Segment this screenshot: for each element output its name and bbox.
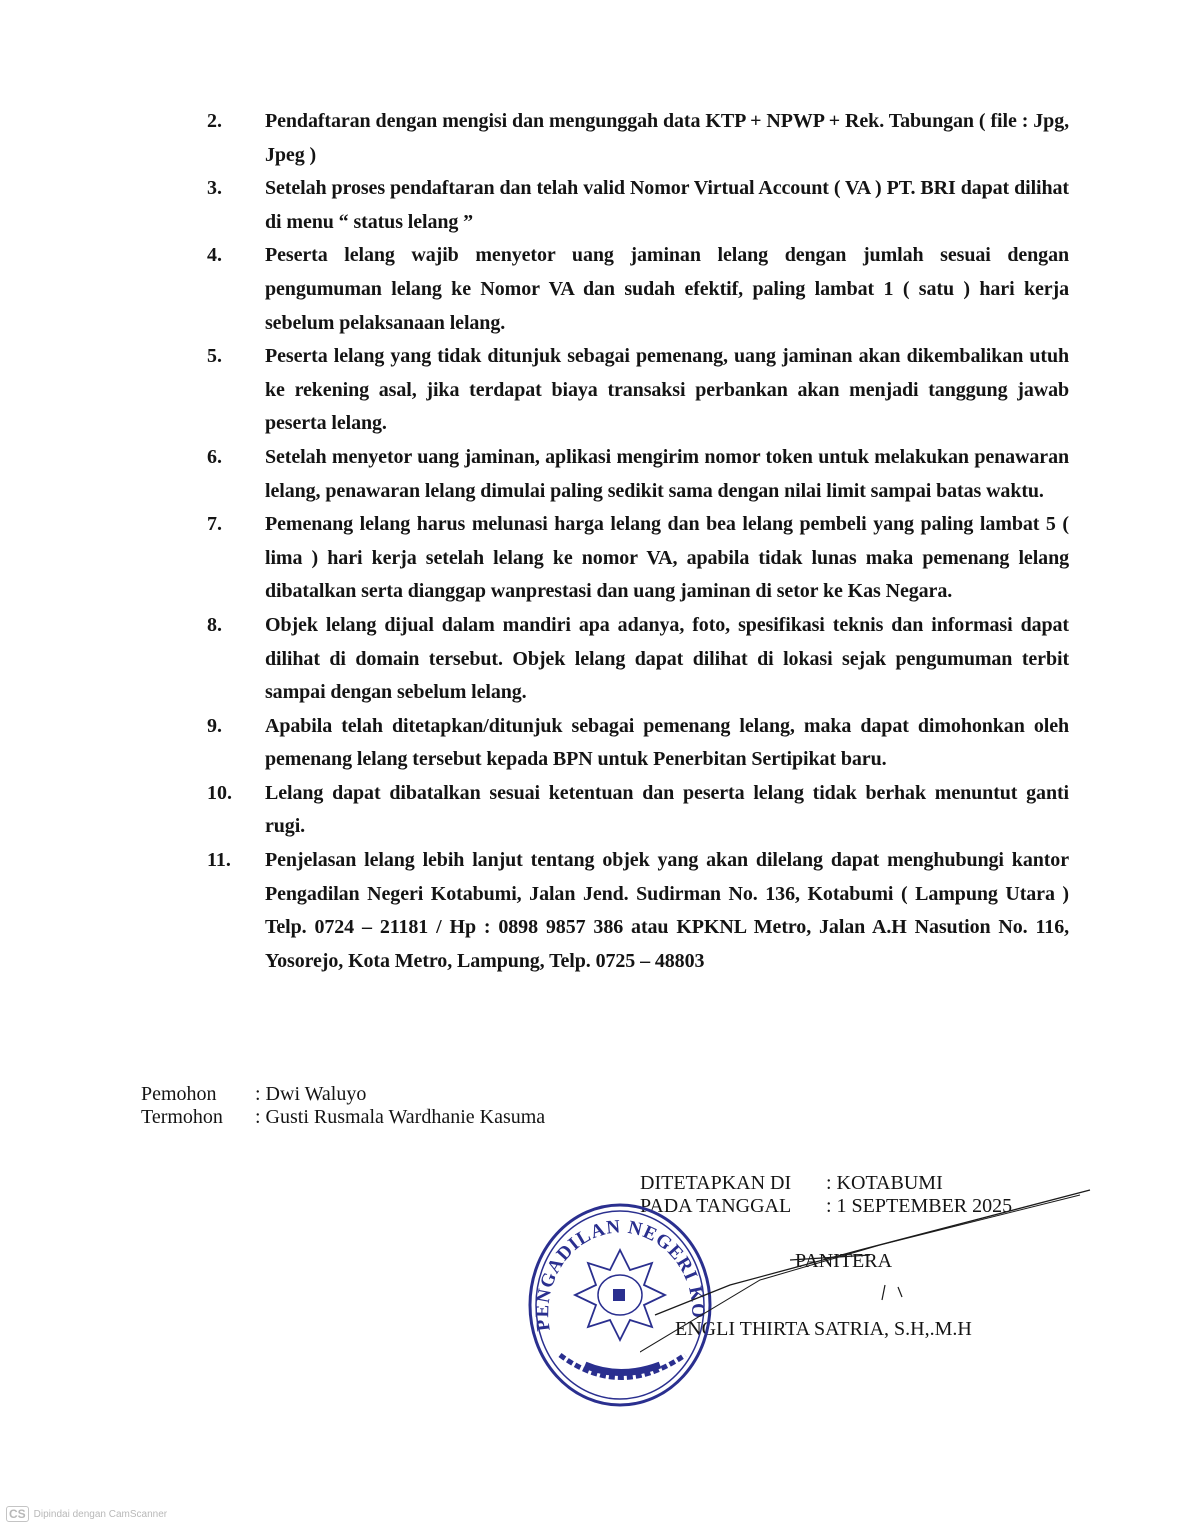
item-text: Penjelasan lelang lebih lanjut tentang o… (265, 844, 1069, 978)
termohon-label: Termohon (141, 1106, 255, 1129)
item-number: 7. (207, 508, 265, 609)
item-text: Pemenang lelang harus melunasi harga lel… (265, 508, 1069, 609)
signature-icon (640, 1180, 1100, 1380)
item-number: 9. (207, 710, 265, 777)
list-item: 3.Setelah proses pendaftaran dan telah v… (207, 172, 1069, 239)
pemohon-label: Pemohon (141, 1083, 255, 1106)
item-text: Peserta lelang wajib menyetor uang jamin… (265, 239, 1069, 340)
item-number: 2. (207, 105, 265, 172)
item-text: Apabila telah ditetapkan/ditunjuk sebaga… (265, 710, 1069, 777)
item-number: 5. (207, 340, 265, 441)
item-text: Objek lelang dijual dalam mandiri apa ad… (265, 609, 1069, 710)
item-number: 4. (207, 239, 265, 340)
list-item: 4.Peserta lelang wajib menyetor uang jam… (207, 239, 1069, 340)
footer-text: Dipindai dengan CamScanner (34, 1509, 167, 1520)
item-text: Setelah menyetor uang jaminan, aplikasi … (265, 441, 1069, 508)
terms-list: 2.Pendaftaran dengan mengisi dan mengung… (207, 105, 1069, 978)
item-number: 3. (207, 172, 265, 239)
list-item: 8.Objek lelang dijual dalam mandiri apa … (207, 609, 1069, 710)
list-item: 5.Peserta lelang yang tidak ditunjuk seb… (207, 340, 1069, 441)
list-item: 7.Pemenang lelang harus melunasi harga l… (207, 508, 1069, 609)
list-item: 6.Setelah menyetor uang jaminan, aplikas… (207, 441, 1069, 508)
item-number: 10. (207, 777, 265, 844)
camscanner-footer: CS Dipindai dengan CamScanner (6, 1506, 167, 1522)
item-text: Lelang dapat dibatalkan sesuai ketentuan… (265, 777, 1069, 844)
item-number: 11. (207, 844, 265, 978)
parties-block: Pemohon: Dwi Waluyo Termohon: Gusti Rusm… (141, 1083, 545, 1129)
item-number: 8. (207, 609, 265, 710)
item-text: Pendaftaran dengan mengisi dan mengungga… (265, 105, 1069, 172)
list-item: 2.Pendaftaran dengan mengisi dan mengung… (207, 105, 1069, 172)
termohon-value: : Gusti Rusmala Wardhanie Kasuma (255, 1106, 545, 1129)
camscanner-logo-icon: CS (6, 1506, 29, 1522)
item-number: 6. (207, 441, 265, 508)
pemohon-value: : Dwi Waluyo (255, 1083, 366, 1106)
list-item: 9.Apabila telah ditetapkan/ditunjuk seba… (207, 710, 1069, 777)
item-text: Peserta lelang yang tidak ditunjuk sebag… (265, 340, 1069, 441)
item-text: Setelah proses pendaftaran dan telah val… (265, 172, 1069, 239)
list-item: 10.Lelang dapat dibatalkan sesuai ketent… (207, 777, 1069, 844)
list-item: 11.Penjelasan lelang lebih lanjut tentan… (207, 844, 1069, 978)
